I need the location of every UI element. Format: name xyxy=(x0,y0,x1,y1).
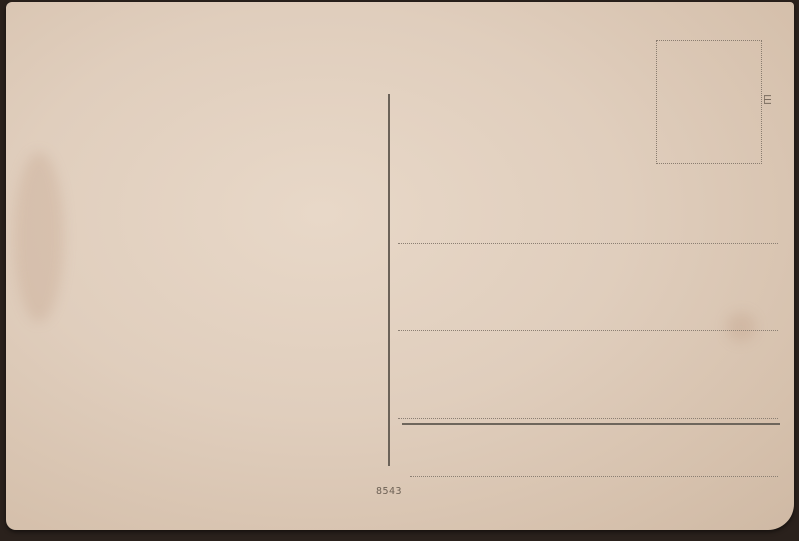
postcard-back: Ш 8543 xyxy=(6,2,794,530)
address-line-1 xyxy=(398,243,778,244)
stamp-box-mark: Ш xyxy=(761,94,772,105)
address-underline xyxy=(402,423,780,425)
address-line-2 xyxy=(398,330,778,331)
message-address-divider xyxy=(388,94,390,466)
paper-stain xyxy=(14,152,64,322)
paper-stain xyxy=(726,312,756,342)
stamp-box xyxy=(656,40,762,164)
publisher-number: 8543 xyxy=(376,486,402,497)
address-line-3 xyxy=(398,418,778,419)
address-line-4 xyxy=(410,476,778,477)
